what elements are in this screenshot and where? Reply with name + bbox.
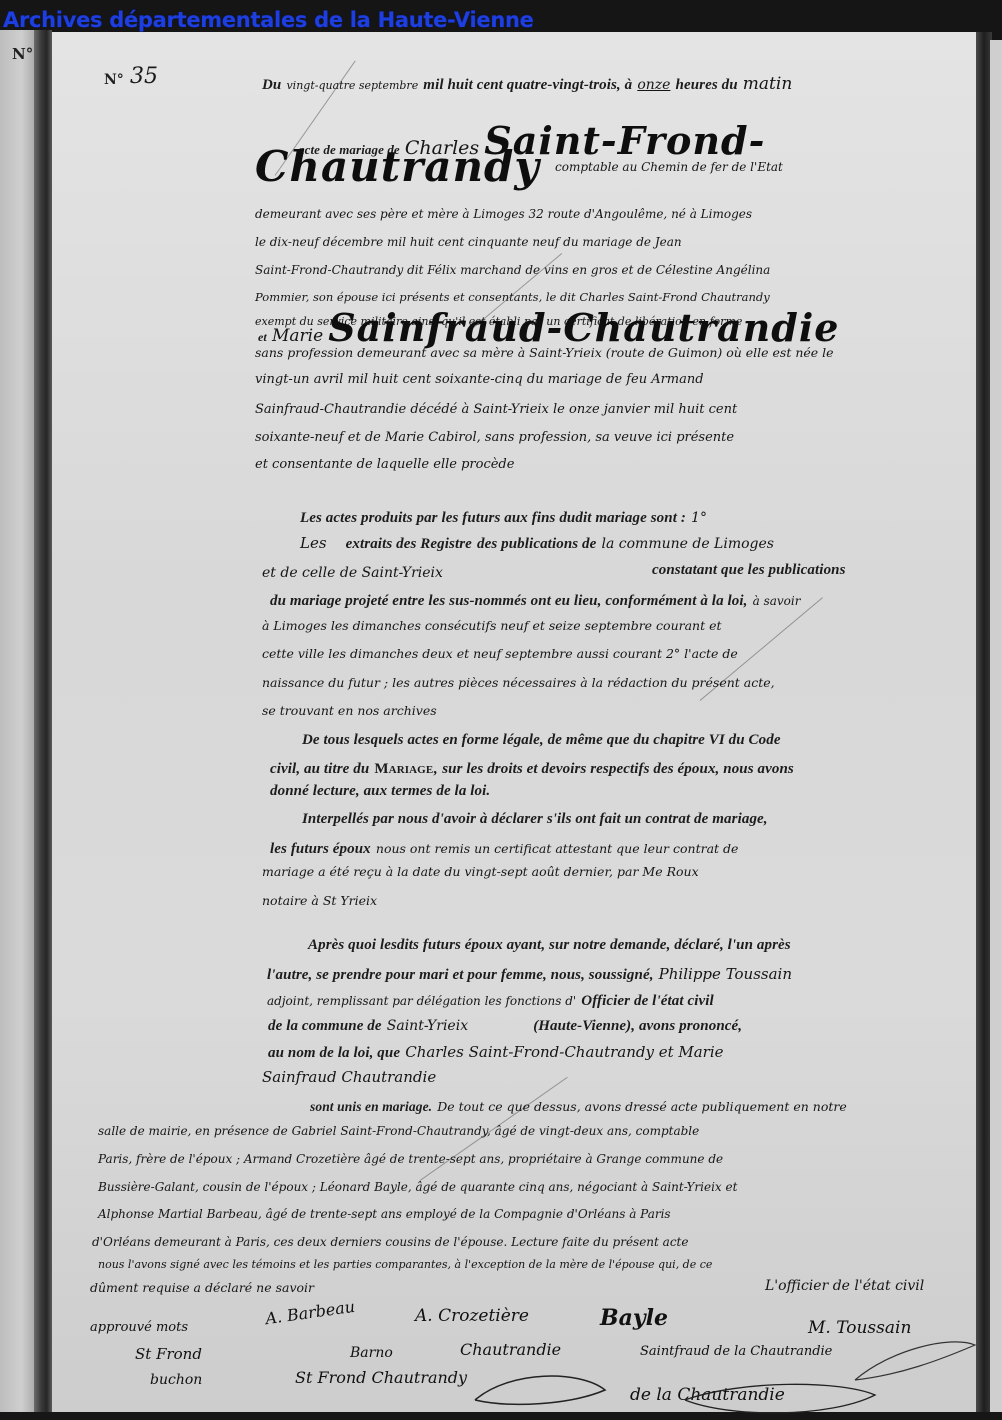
archive-watermark: Archives départementales de la Haute-Vie… xyxy=(3,8,534,32)
bride-first-name: Marie xyxy=(272,326,323,346)
signature: Bayle xyxy=(600,1305,668,1331)
actes-printed: Les actes produits par les futurs aux fi… xyxy=(300,510,686,526)
officer-name: Philippe Toussain xyxy=(659,965,792,983)
spouse-names-line: Sainfraud Chautrandie xyxy=(262,1068,436,1086)
declaration-hand: adjoint, remplissant par délégation les … xyxy=(267,994,576,1008)
header-hand-hour: onze xyxy=(637,77,670,93)
actes-hand: la commune de Limoges xyxy=(602,536,774,552)
bride-text-line: Sainfraud-Chautrandie décédé à Saint-Yri… xyxy=(255,402,737,417)
contrat-hand: nous ont remis un certificat attestant q… xyxy=(376,841,739,856)
signature: A. Crozetière xyxy=(415,1306,529,1326)
declaration-printed: (Haute-Vienne), avons prononcé, xyxy=(533,1018,742,1034)
header-prefix: Du xyxy=(262,77,281,93)
act-number-value: 35 xyxy=(130,64,158,89)
witness-line: d'Orléans demeurant à Paris, ces deux de… xyxy=(92,1235,688,1249)
header-hand-time: matin xyxy=(743,74,792,94)
witness-line: dûment requise a déclaré ne savoir xyxy=(90,1280,314,1295)
contrat-hand-line: notaire à St Yrieix xyxy=(262,893,377,908)
margin-number-label: N° xyxy=(12,45,33,63)
actes-printed: du mariage projeté entre les sus-nommés … xyxy=(270,593,748,609)
signature-flourish xyxy=(470,1360,610,1410)
declaration-line: Après quoi lesdits futurs époux ayant, s… xyxy=(308,937,791,954)
groom-text-line: Saint-Frond-Chautrandy dit Félix marchan… xyxy=(255,263,770,277)
actes-printed: extraits des Registre xyxy=(346,536,472,552)
right-page-strip xyxy=(990,40,1002,1420)
actes-line-2: Les extraits des Registre des publicatio… xyxy=(300,533,774,553)
signature: St Frond xyxy=(135,1345,202,1363)
scanned-register-image: Archives départementales de la Haute-Vie… xyxy=(0,0,1002,1420)
book-gutter xyxy=(34,30,52,1415)
groom-surname-line: Chautrandy xyxy=(255,142,540,191)
bride-surname: Sainfraud-Chautrandie xyxy=(328,305,839,350)
declaration-hand: De tout ce que dessus, avons dressé acte… xyxy=(437,1099,847,1114)
signature: Chautrandie xyxy=(460,1340,561,1359)
left-page-edge xyxy=(0,30,36,1415)
spouse-names: Charles Saint-Frond-Chautrandy et Marie xyxy=(405,1043,723,1061)
commune-name: Saint-Yrieix xyxy=(387,1018,468,1034)
declaration-line: adjoint, remplissant par délégation les … xyxy=(267,990,714,1010)
actes-hand-line: cette ville les dimanches deux et neuf s… xyxy=(262,646,738,661)
actes-printed-line: constatant que les publications xyxy=(652,562,846,579)
code-civil-printed: sur les droits et devoirs respectifs des… xyxy=(442,761,794,777)
declaration-line: de la commune de Saint-Yrieix (Haute-Vie… xyxy=(268,1015,742,1035)
contrat-line: les futurs époux nous ont remis un certi… xyxy=(270,838,738,858)
code-civil-printed: civil, au titre du xyxy=(270,761,369,777)
witness-line: Alphonse Martial Barbeau, âgé de trente-… xyxy=(98,1207,671,1221)
signature: Barno xyxy=(350,1345,393,1361)
groom-text-line: demeurant avec ses père et mère à Limoge… xyxy=(255,207,752,221)
contrat-hand-line: mariage a été reçu à la date du vingt-se… xyxy=(262,864,699,879)
declaration-printed: au nom de la loi, que xyxy=(268,1045,400,1061)
witness-line: Bussière-Galant, cousin de l'époux ; Léo… xyxy=(98,1180,737,1194)
signature: approuvé mots xyxy=(90,1320,188,1335)
officer-signature-label: L'officier de l'état civil xyxy=(765,1278,924,1294)
declaration-printed: Officier de l'état civil xyxy=(581,993,714,1009)
code-civil-mariage: Mariage, xyxy=(374,761,437,777)
header-line: Du vingt-quatre septembre mil huit cent … xyxy=(262,74,792,94)
bride-printed-et: et xyxy=(258,330,267,344)
actes-hand-line: à Limoges les dimanches consécutifs neuf… xyxy=(262,618,722,633)
bride-intro-line: et Marie Sainfraud-Chautrandie xyxy=(258,305,839,350)
contrat-printed: les futurs époux xyxy=(270,841,371,857)
declaration-line: au nom de la loi, que Charles Saint-Fron… xyxy=(268,1042,724,1062)
header-hand-date: vingt-quatre septembre xyxy=(286,79,418,92)
act-number-label: N° xyxy=(104,72,124,88)
declaration-printed: l'autre, se prendre pour mari et pour fe… xyxy=(267,967,654,983)
declaration-line: l'autre, se prendre pour mari et pour fe… xyxy=(267,964,792,984)
signature-flourish xyxy=(850,1330,980,1390)
signature: buchon xyxy=(150,1372,202,1388)
signature: Saintfraud de la Chautrandie xyxy=(640,1344,832,1359)
witness-line: salle de mairie, en présence de Gabriel … xyxy=(98,1124,699,1138)
actes-hand: 1° xyxy=(691,510,707,526)
declaration-line: sont unis en mariage. De tout ce que des… xyxy=(310,1096,847,1115)
groom-surname-part2: Chautrandy xyxy=(255,142,540,191)
actes-hand: et de celle de Saint-Yrieix xyxy=(262,565,443,581)
actes-hand: à savoir xyxy=(753,594,801,608)
actes-line-3: et de celle de Saint-Yrieix xyxy=(262,562,443,581)
actes-hand: Les xyxy=(300,534,327,552)
groom-text-line: Pommier, son épouse ici présents et cons… xyxy=(255,290,770,304)
bride-text-line: sans profession demeurant avec sa mère à… xyxy=(255,345,834,360)
witness-line: nous l'avons signé avec les témoins et l… xyxy=(98,1258,712,1271)
actes-hand-line: naissance du futur ; les autres pièces n… xyxy=(262,675,775,690)
code-civil-line: donné lecture, aux termes de la loi. xyxy=(270,783,490,800)
code-civil-line: De tous lesquels actes en forme légale, … xyxy=(302,732,781,749)
witness-line: Paris, frère de l'époux ; Armand Crozeti… xyxy=(98,1152,723,1166)
bride-text-line: soixante-neuf et de Marie Cabirol, sans … xyxy=(255,430,734,445)
signature: St Frond Chautrandy xyxy=(295,1368,467,1387)
declaration-printed: de la commune de xyxy=(268,1018,382,1034)
actes-line-1: Les actes produits par les futurs aux fi… xyxy=(300,507,707,527)
code-civil-line: civil, au titre du Mariage, sur les droi… xyxy=(270,758,794,778)
header-printed: mil huit cent quatre-vingt-trois, à xyxy=(423,77,632,93)
declaration-printed: sont unis en mariage. xyxy=(310,1099,432,1114)
contrat-line: Interpellés par nous d'avoir à déclarer … xyxy=(302,811,768,828)
bride-text-line: vingt-un avril mil huit cent soixante-ci… xyxy=(255,372,704,387)
groom-text-line: comptable au Chemin de fer de l'Etat xyxy=(555,160,783,174)
actes-printed: des publications de xyxy=(477,536,596,552)
header-printed-hour: heures du xyxy=(676,77,738,93)
bride-text-line: et consentante de laquelle elle procède xyxy=(255,457,514,472)
actes-hand-line: se trouvant en nos archives xyxy=(262,703,437,718)
groom-text-line: le dix-neuf décembre mil huit cent cinqu… xyxy=(255,235,682,249)
actes-line-4: du mariage projeté entre les sus-nommés … xyxy=(270,590,800,610)
